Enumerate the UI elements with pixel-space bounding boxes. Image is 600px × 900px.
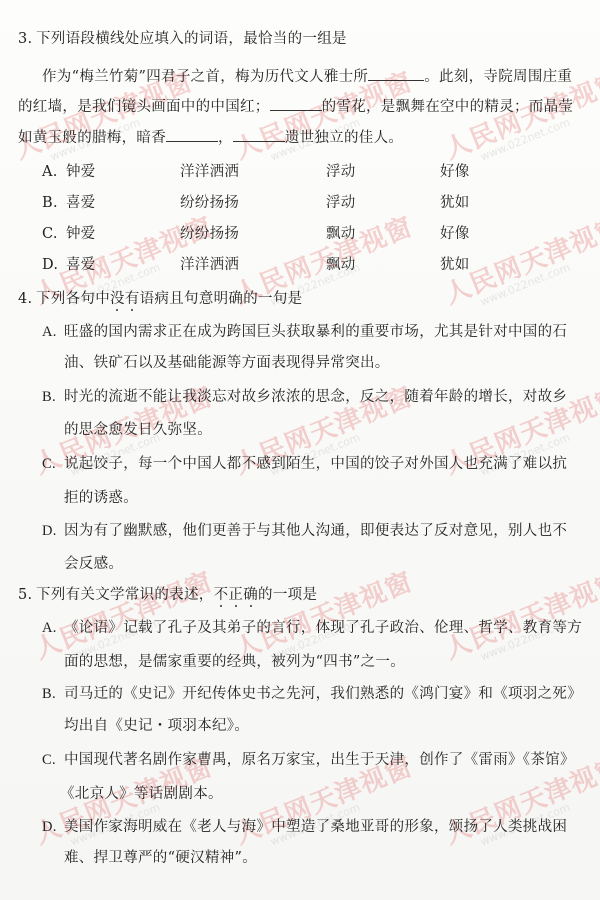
question-4-stem: 4.下列各句中没有语病且句意明确的一句是 [18, 289, 302, 309]
question-5-stem: 5.下列有关文学常识的表述，不正确的一项是 [18, 585, 317, 605]
option-label: A. [42, 322, 64, 342]
option-a: A. 钟爱 洋洋洒洒 浮动 好像 [42, 162, 542, 182]
option-label: C. [42, 224, 58, 244]
option-c: C.中国现代著名剧作家曹禺，原名万家宝，出生于天津，创作了《雷雨》《茶馆》 [42, 750, 575, 770]
question-3-stem: 3.下列语段横线处应填入的词语，最恰当的一组是 [18, 29, 347, 49]
option-a: A.旺盛的国内需求正在成为跨国巨头获取暴利的重要市场，尤其是针对中国的石 [42, 322, 567, 342]
emphasis-char: 没 [110, 291, 125, 307]
emphasis-char: 有 [125, 291, 140, 307]
option-a: A.《论语》记载了孔子及其弟子的言行，体现了孔子政治、伦理、哲学、教育等方 [42, 618, 582, 638]
option-c: C. 钟爱 纷纷扬扬 飘动 好像 [42, 224, 542, 244]
exam-page: 人民网天津视窗www.022net.com 人民网天津视窗www.022net.… [0, 0, 600, 900]
option-label: D. [42, 255, 58, 275]
option-d-cont: 难、捍卫尊严的“硬汉精神”。 [64, 848, 257, 868]
option-label: A. [42, 162, 58, 182]
option-c-cont: 拒的诱惑。 [64, 488, 138, 508]
fill-blank-2 [270, 96, 322, 111]
option-label: B. [42, 684, 64, 704]
option-label: A. [42, 618, 64, 638]
option-label: B. [42, 387, 64, 407]
option-b: B. 喜爱 纷纷扬扬 浮动 犹如 [42, 193, 542, 213]
option-b-cont: 均出自《史记・项羽本纪》。 [64, 716, 249, 736]
option-label: D. [42, 521, 64, 541]
option-b-cont: 的思念愈发日久弥坚。 [64, 420, 212, 440]
option-b: B.司马迁的《史记》开纪传体史书之先河，我们熟悉的《鸿门宴》和《项羽之死》 [42, 684, 582, 704]
option-d: D.美国作家海明威在《老人与海》中塑造了桑地亚哥的形象，颂扬了人类挑战困 [42, 817, 567, 837]
option-d-cont: 会反感。 [64, 554, 123, 574]
option-c: C.说起饺子，每一个中国人都不感到陌生，中国的饺子对外国人也充满了难以抗 [42, 454, 567, 474]
question-text: 下列语段横线处应填入的词语，最恰当的一组是 [36, 31, 347, 47]
fill-blank-3 [166, 127, 218, 142]
emphasis-char: 正 [228, 587, 243, 603]
option-label: C. [42, 750, 64, 770]
option-label: C. [42, 454, 64, 474]
option-b: B.时光的流逝不能让我淡忘对故乡浓浓的思念，反之，随着年龄的增长，对故乡 [42, 387, 567, 407]
option-c-cont: 《北京人》等话剧剧本。 [60, 784, 223, 804]
emphasis-char: 确 [243, 587, 258, 603]
option-d: D. 喜爱 洋洋洒洒 飘动 犹如 [42, 255, 542, 275]
passage-line-3: 如黄玉般的腊梅，暗香，遗世独立的佳人。 [18, 127, 403, 148]
fill-blank-1 [368, 66, 424, 81]
emphasis-char: 不 [214, 587, 229, 603]
question-number: 4. [18, 289, 36, 309]
question-number: 5. [18, 585, 36, 605]
option-label: D. [42, 817, 64, 837]
option-a-cont: 油、铁矿石以及基础能源等方面表现得异常突出。 [64, 353, 390, 373]
option-d: D.因为有了幽默感，他们更善于与其他人沟通，即便表达了反对意见，别人也不 [42, 521, 567, 541]
option-a-cont: 面的思想，是儒家重要的经典，被列为“四书”之一。 [64, 652, 405, 672]
question-number: 3. [18, 29, 36, 49]
option-label: B. [42, 193, 58, 213]
fill-blank-4 [233, 127, 285, 142]
passage-line-2: 的红墙，是我们镜头画面中的中国红；的雪花，是飘舞在空中的精灵；而晶莹 [18, 96, 573, 117]
passage-line-1: 作为“梅兰竹菊”四君子之首，梅为历代文人雅士所。此刻，寺院周围庄重 [42, 66, 572, 87]
